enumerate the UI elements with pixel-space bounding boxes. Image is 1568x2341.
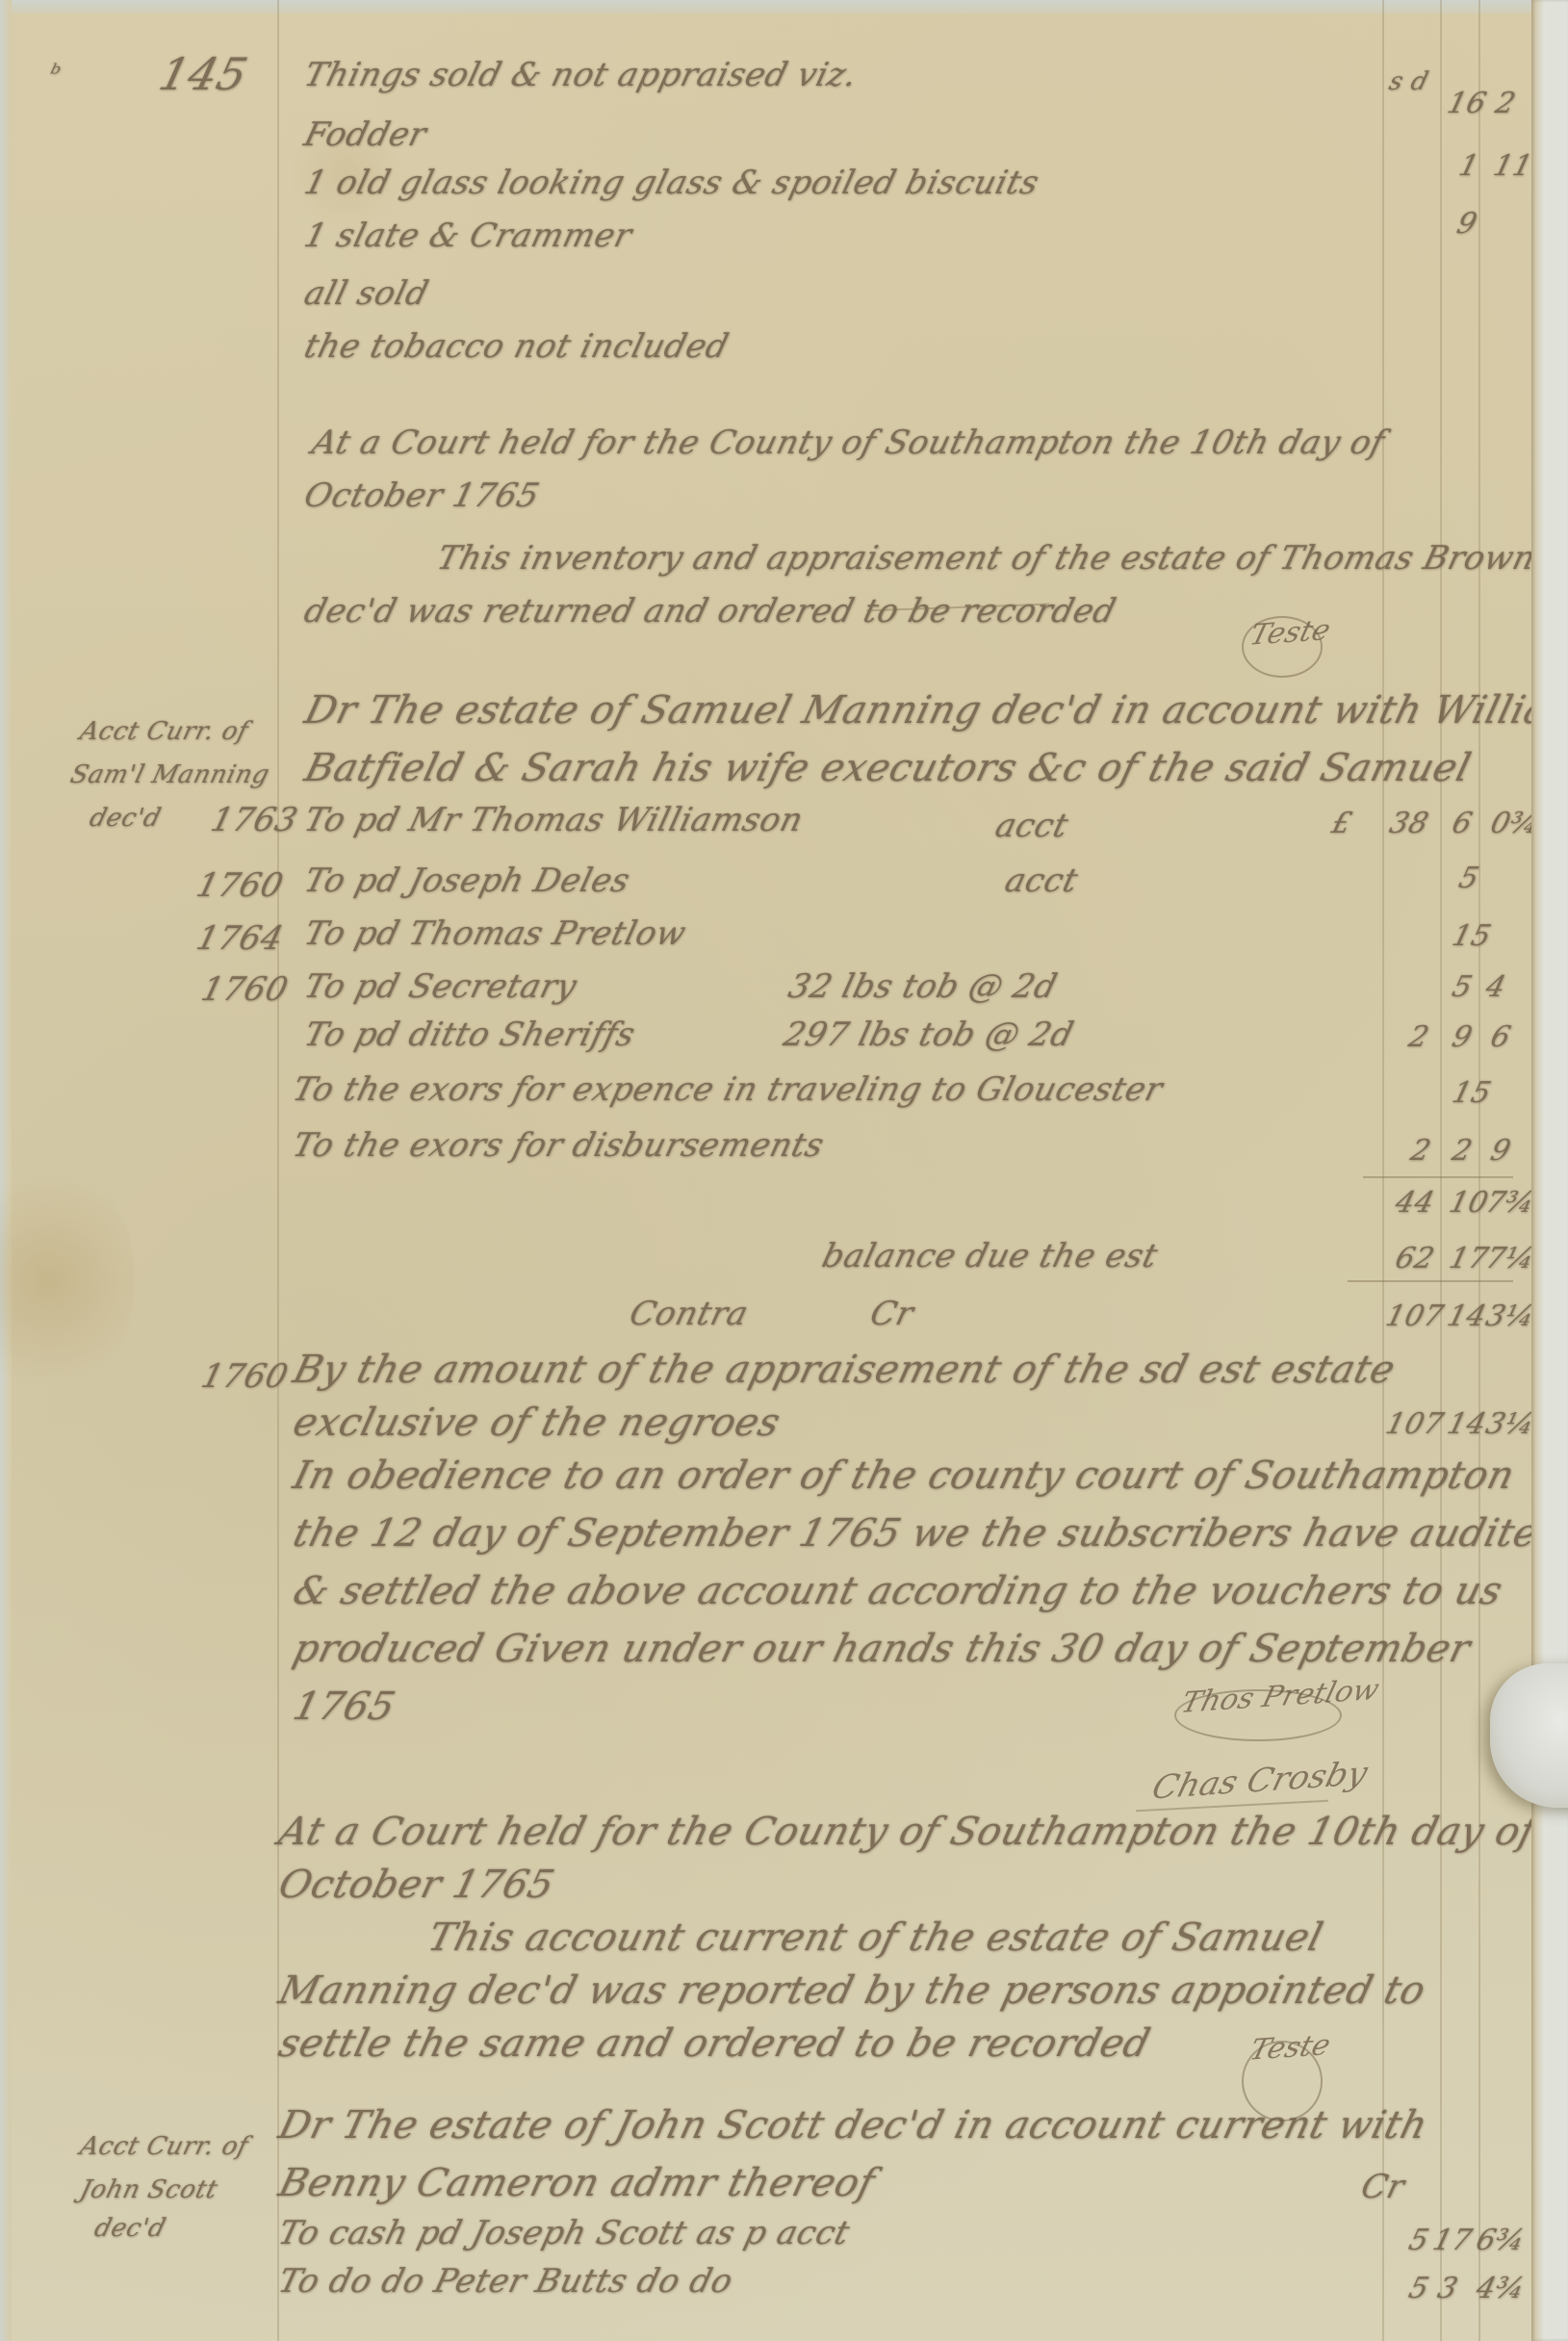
entry-year: 1760 bbox=[193, 866, 288, 905]
text-line: Things sold & not appraised viz. bbox=[300, 56, 861, 94]
credit-label: Cr bbox=[1357, 2168, 1408, 2206]
text-line: 1 old glass looking glass & spoiled bisc… bbox=[300, 164, 1043, 202]
entry-pence: 4¾ bbox=[1473, 2272, 1529, 2305]
attestation-line: In obedience to an order of the county c… bbox=[289, 1453, 1519, 1498]
attestation-line: the 12 day of September 1765 we the subs… bbox=[289, 1511, 1568, 1556]
entry-note: 297 lbs tob @ 2d bbox=[780, 1016, 1077, 1054]
entry-description: To the exors for expence in traveling to… bbox=[289, 1070, 1167, 1109]
text-line: This account current of the estate of Sa… bbox=[424, 1916, 1327, 1960]
entry-note: acct bbox=[1001, 862, 1082, 900]
entry-shillings: 15 bbox=[1449, 1076, 1495, 1110]
entry-description: To cash pd Joseph Scott as p acct bbox=[274, 2214, 854, 2252]
entry-shillings: 2 bbox=[1449, 1134, 1476, 1168]
holding-thumb bbox=[1490, 1663, 1568, 1808]
entry-note: acct bbox=[991, 807, 1072, 845]
corner-mark: ᵇ bbox=[46, 60, 64, 89]
amount-pence: 11 bbox=[1490, 149, 1536, 183]
text-line: dec'd was returned and ordered to be rec… bbox=[300, 592, 1119, 630]
text-line: October 1765 bbox=[300, 476, 544, 515]
account-heading: Dr The estate of Samuel Manning dec'd in… bbox=[300, 688, 1568, 733]
margin-note: dec'd bbox=[91, 2214, 168, 2243]
subtotal-pounds: 44 bbox=[1392, 1186, 1438, 1220]
entry-description: To the exors for disbursements bbox=[289, 1126, 828, 1165]
sum-rule bbox=[1348, 1280, 1513, 1282]
pence-column-rule bbox=[1478, 0, 1480, 2341]
balance-pounds: 62 bbox=[1392, 1242, 1438, 1275]
entry-pounds: 2 bbox=[1407, 1134, 1434, 1168]
auditor-signature: Chas Crosby bbox=[1148, 1754, 1372, 1807]
text-line: settle the same and ordered to be record… bbox=[274, 2021, 1155, 2066]
entry-pounds: 5 bbox=[1405, 2224, 1432, 2257]
entry-shillings: 17 bbox=[1429, 2224, 1476, 2257]
contra-cr-label: Cr bbox=[866, 1295, 917, 1333]
text-line: At a Court held for the County of Southa… bbox=[308, 424, 1389, 462]
entry-description: To pd ditto Sheriffs bbox=[300, 1016, 639, 1054]
page-number: 145 bbox=[154, 48, 253, 100]
margin-note: Acct Curr. of bbox=[77, 2132, 251, 2161]
entry-description: To pd Secretary bbox=[300, 967, 580, 1006]
entry-description: To pd Thomas Pretlow bbox=[300, 914, 690, 953]
total-pounds: 107 bbox=[1382, 1299, 1447, 1333]
text-line: 1 slate & Crammer bbox=[300, 217, 636, 255]
ledger-page: ᵇ 145 Things sold & not appraised viz. F… bbox=[0, 0, 1568, 2341]
text-line: all sold bbox=[300, 274, 432, 313]
signature-flourish bbox=[1242, 616, 1323, 678]
entry-pence: 4 bbox=[1482, 970, 1509, 1004]
entry-pounds: 5 bbox=[1405, 2272, 1432, 2305]
account-heading: Benny Cameron admr thereof bbox=[274, 2161, 880, 2205]
attestation-line: 1765 bbox=[289, 1685, 399, 1729]
amount-pence: 2 bbox=[1492, 87, 1519, 120]
entry-pence: 6 bbox=[1487, 1020, 1514, 1054]
total-pence: 3¼ bbox=[1482, 1299, 1538, 1333]
margin-note: dec'd bbox=[87, 804, 164, 833]
entry-currency: £ bbox=[1328, 807, 1355, 840]
text-line: This inventory and appraisement of the e… bbox=[433, 539, 1540, 578]
margin-note: John Scott bbox=[77, 2175, 220, 2204]
entry-pounds: 38 bbox=[1386, 807, 1432, 840]
entry-description: To pd Mr Thomas Williamson bbox=[300, 801, 807, 839]
attestation-line: & settled the above account according to… bbox=[289, 1569, 1506, 1613]
subtotal-pence: 7¾ bbox=[1482, 1186, 1538, 1220]
text-line: October 1765 bbox=[274, 1863, 559, 1907]
shillings-column-rule bbox=[1440, 0, 1442, 2341]
text-line: the tobacco not included bbox=[300, 327, 733, 366]
credit-description: By the amount of the appraisement of the… bbox=[289, 1348, 1400, 1392]
entry-pence: 6¾ bbox=[1473, 2224, 1529, 2257]
attestation-line: produced Given under our hands this 30 d… bbox=[289, 1627, 1475, 1671]
entry-year: 1764 bbox=[193, 919, 288, 958]
balance-pence: 7¼ bbox=[1482, 1242, 1538, 1275]
paper-stain bbox=[0, 1155, 135, 1405]
entry-shillings: 15 bbox=[1449, 919, 1495, 953]
entry-description: To pd Joseph Deles bbox=[300, 862, 634, 900]
entry-description: To do do Peter Butts do do bbox=[274, 2262, 736, 2301]
page-right-edge bbox=[1531, 0, 1568, 2341]
text-line: At a Court held for the County of Southa… bbox=[274, 1810, 1540, 1854]
margin-note: Acct Curr. of bbox=[77, 717, 251, 746]
credit-description: exclusive of the negroes bbox=[289, 1401, 784, 1445]
entry-shillings: 3 bbox=[1434, 2272, 1461, 2305]
currency-marker: s d bbox=[1386, 67, 1431, 96]
balance-label: balance due the est bbox=[818, 1237, 1162, 1275]
entry-shillings: 6 bbox=[1449, 807, 1476, 840]
contra-label: Contra bbox=[626, 1295, 753, 1333]
entry-pounds: 2 bbox=[1405, 1020, 1432, 1054]
sum-rule bbox=[1363, 1176, 1513, 1178]
entry-shillings: 9 bbox=[1449, 1020, 1476, 1054]
entry-note: 32 lbs tob @ 2d bbox=[784, 967, 1061, 1006]
margin-rule bbox=[277, 0, 279, 2341]
entry-year: 1763 bbox=[207, 801, 302, 839]
entry-year: 1760 bbox=[197, 970, 293, 1009]
signature-flourish bbox=[1174, 1689, 1342, 1741]
account-heading: Dr The estate of John Scott dec'd in acc… bbox=[274, 2103, 1432, 2148]
amount-pence: 9 bbox=[1453, 207, 1480, 241]
credit-pence: 3¼ bbox=[1482, 1407, 1538, 1441]
credit-pounds: 107 bbox=[1382, 1407, 1447, 1441]
page-top-edge bbox=[0, 0, 1568, 13]
text-line: Manning dec'd was reported by the person… bbox=[274, 1968, 1430, 2013]
margin-note: Sam'l Manning bbox=[67, 760, 272, 789]
text-line: Fodder bbox=[300, 116, 430, 154]
entry-year: 1760 bbox=[197, 1357, 293, 1396]
entry-shillings: 5 bbox=[1449, 970, 1476, 1004]
entry-pence: 9 bbox=[1487, 1134, 1514, 1168]
amount-shillings: 16 bbox=[1444, 87, 1490, 120]
account-heading: Batfield & Sarah his wife executors &c o… bbox=[300, 746, 1476, 790]
